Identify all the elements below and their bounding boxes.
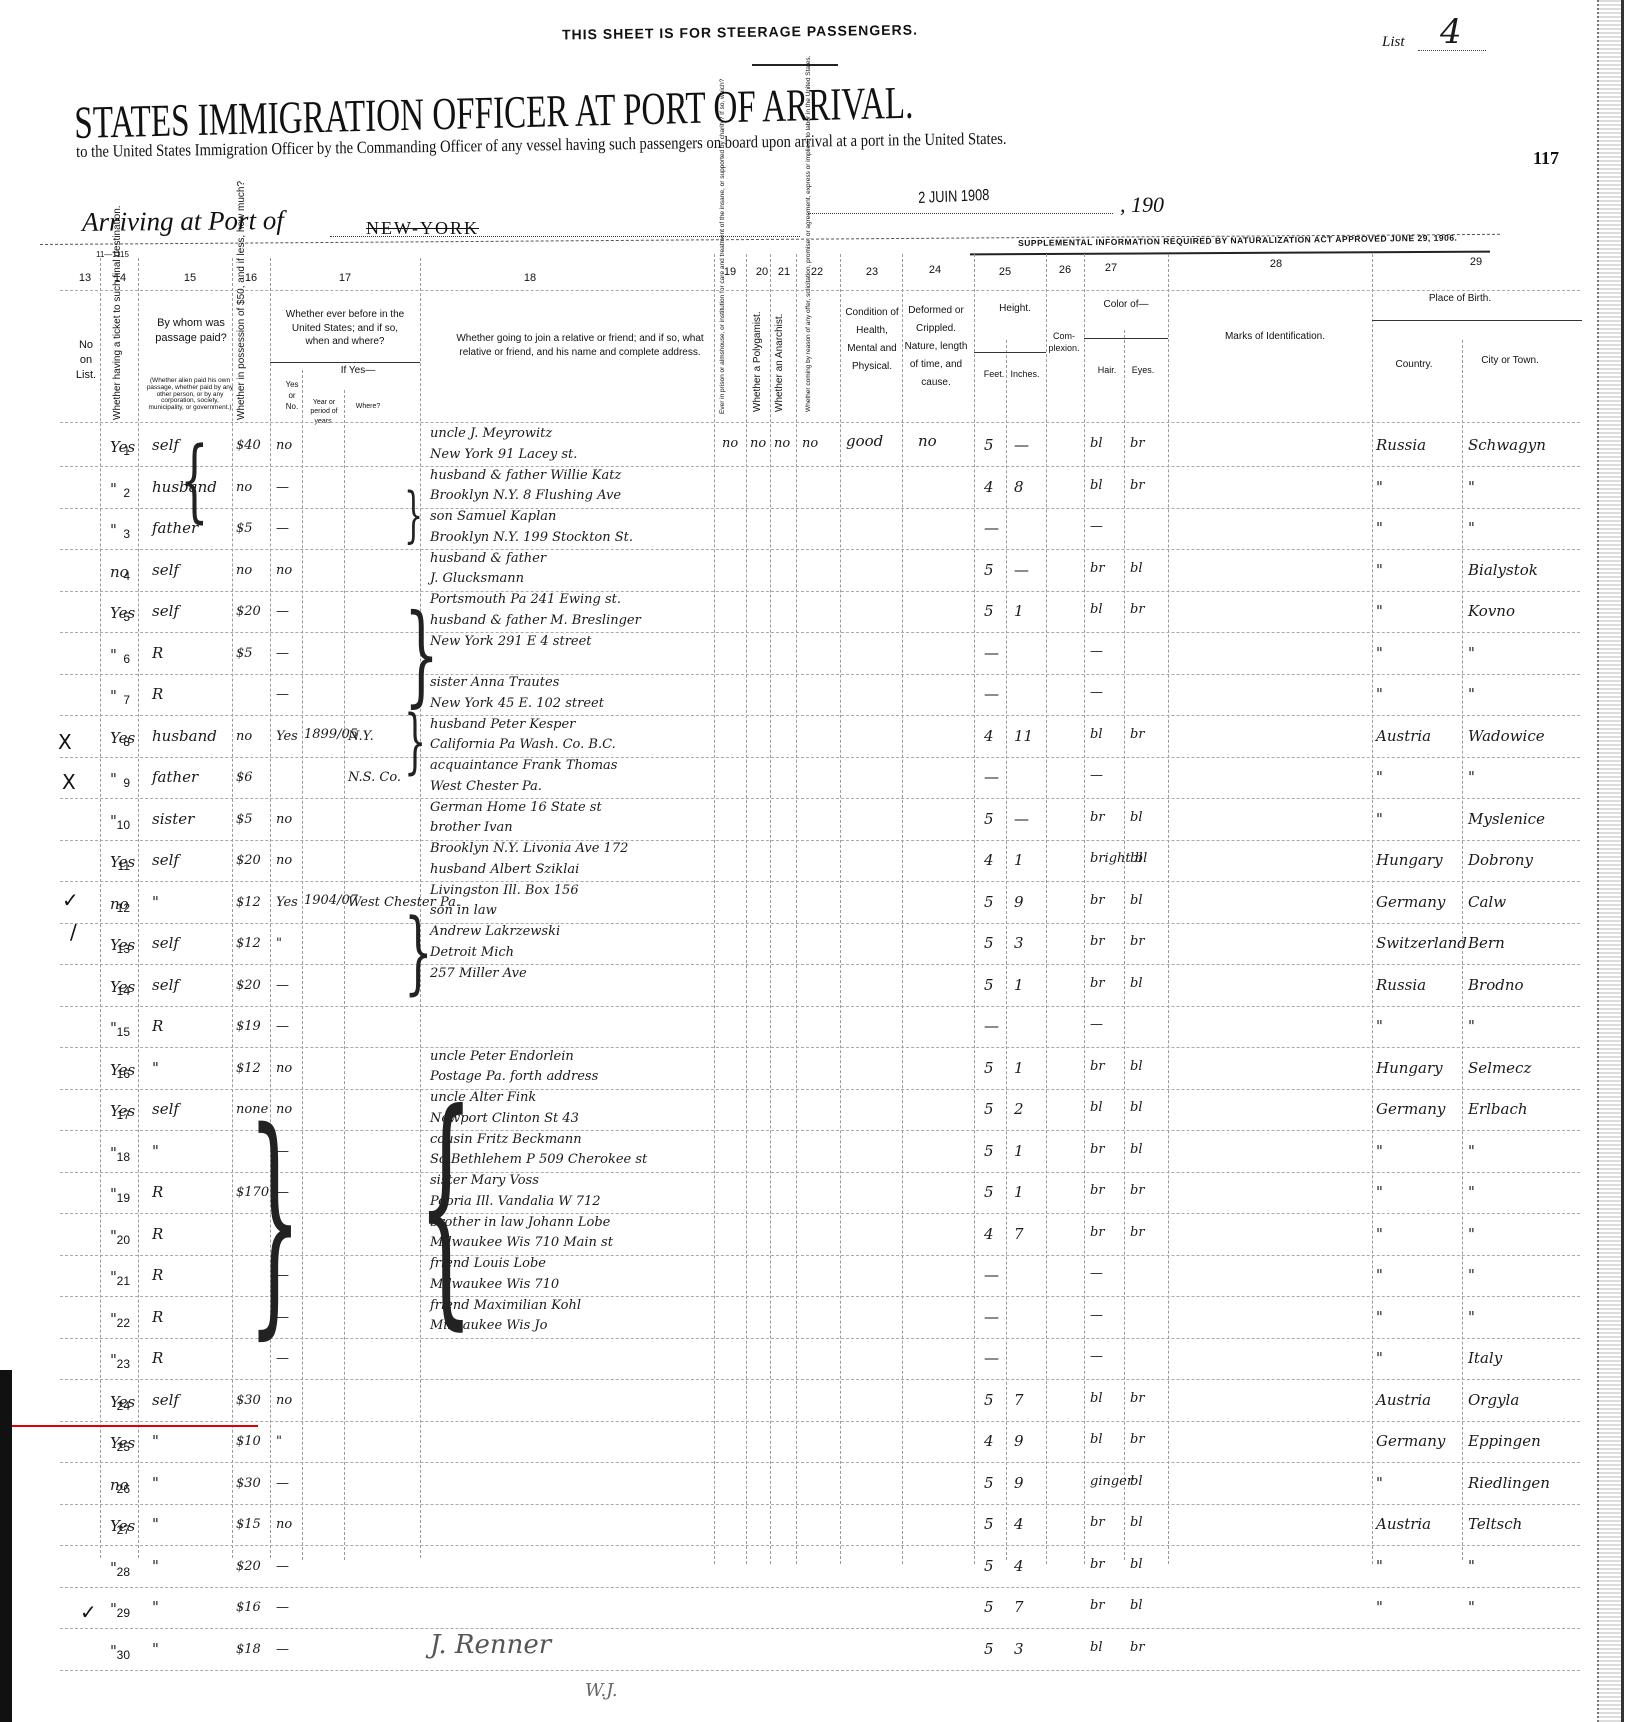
money-cell: no [236,729,252,744]
header-feet: Feet. [980,368,1008,380]
row-rule [60,715,1580,716]
money-cell: $30 [236,1476,261,1491]
country-cell: " [1376,478,1383,496]
before-cell: — [276,480,289,495]
margin-mark: / [70,920,77,944]
hair-cell: — [1090,519,1103,534]
before-cell: no [276,438,292,453]
relative-address-line: Brooklyn N.Y. 199 Stockton St. [430,530,633,545]
feet-cell: — [984,1349,999,1367]
city-cell: Schwagyn [1468,436,1546,454]
header-birthplace: Place of Birth. [1400,292,1520,306]
hair-cell: bl [1090,436,1102,451]
hair-cell: br [1090,1515,1105,1530]
before-cell: — [276,1600,289,1615]
before-cell: — [276,604,289,619]
grid-line [1124,330,1125,1560]
ticket-cell: " [110,646,117,664]
feet-cell: — [984,519,999,537]
city-cell: " [1468,1598,1475,1616]
eyes-cell: bl [1130,1474,1142,1489]
colnum-27: 27 [1096,262,1126,274]
group-brace: } [404,900,433,1005]
colnum-17: 17 [300,272,390,284]
hair-cell: br [1090,934,1105,949]
country-cell: " [1376,1266,1383,1284]
relative-address-line: husband Albert Sziklai [430,862,579,877]
row-rule [60,674,1580,675]
hair-cell: bl [1090,1432,1102,1447]
row-rule [60,1545,1580,1546]
hair-cell: bl [1090,1100,1102,1115]
eyes-cell: br [1130,1640,1145,1655]
money-cell: $20 [236,604,261,619]
header-no-on-list: No on List. [72,338,100,383]
hair-cell: bl [1090,727,1102,742]
relative-address-line: husband Peter Kesper [430,717,575,732]
relative-address-line: son Samuel Kaplan [430,509,556,524]
feet-cell: 5 [984,1515,994,1533]
relative-address-line: Brooklyn N.Y. 8 Flushing Ave [430,488,621,503]
paid-by-cell: R [152,1266,163,1284]
before-cell: no [276,812,292,827]
city-cell: Selmecz [1468,1059,1531,1077]
before-cell: — [276,1476,289,1491]
row-rule [60,508,1580,509]
colnum-21: 21 [774,266,794,278]
eyes-cell: bl [1130,810,1142,825]
country-cell: " [1376,1349,1383,1367]
money-cell: no [236,563,252,578]
header-health: Condition of Health, Mental and Physical… [844,304,900,376]
year-prefix: , 190 [1120,192,1164,218]
feet-cell: 4 [984,478,994,496]
paid-by-cell: R [152,1349,163,1367]
ticket-cell: " [110,1268,117,1286]
city-cell: Bern [1468,934,1505,952]
hair-cell: — [1090,768,1103,783]
feet-cell: 5 [984,436,994,454]
where-cell: N.Y. [348,729,374,744]
country-cell: Germany [1376,1432,1445,1450]
relative-address-line: Livingston Ill. Box 156 [430,883,579,898]
colnum-20: 20 [752,266,772,278]
grid-line [714,254,715,1564]
eyes-cell: bl [1130,1142,1142,1157]
country-cell: Switzerland [1376,934,1467,952]
city-cell: Bialystok [1468,561,1538,579]
eyes-cell: bl [1130,1059,1142,1074]
city-cell: Brodno [1468,976,1524,994]
eyes-cell: bl [1130,851,1142,866]
before-cell: — [276,1642,289,1657]
inches-cell: — [1014,810,1029,828]
relative-address-line: son in law [430,903,497,918]
grid-line [770,254,771,1564]
header-inches: Inches. [1008,368,1042,380]
relative-address-line: West Chester Pa. [430,779,542,794]
row-rule [60,1006,1580,1007]
country-cell: " [1376,519,1383,537]
before-cell: — [276,978,289,993]
city-cell: " [1468,768,1475,786]
eyes-cell: bl [1130,561,1142,576]
paid-by-cell: R [152,685,163,703]
header-ticket: Whether having a ticket to such final de… [112,270,123,420]
ticket-cell: " [110,1227,117,1245]
relative-address-line: German Home 16 State st [430,800,602,815]
feet-cell: — [984,685,999,703]
before-cell: no [276,1517,292,1532]
header-polygamist: Whether a Polygamist. [752,292,763,412]
relative-address-line: 257 Miller Ave [430,966,527,981]
header-height: Height. [990,302,1040,316]
inches-cell: 9 [1014,1432,1024,1450]
paid-by-cell: R [152,1225,163,1243]
row-rule [60,923,1580,924]
country-cell: " [1376,1474,1383,1492]
header-yes-no: Yes or No. [282,380,302,412]
country-cell: Russia [1376,436,1426,454]
paid-by-cell: self [152,1391,179,1409]
row-rule [60,1628,1580,1629]
eyes-cell: br [1130,1183,1145,1198]
page-edge [1597,0,1624,1722]
flag-health: good [846,432,883,450]
header-marks: Marks of Identification. [1200,330,1350,344]
hair-cell: bl [1090,1640,1102,1655]
feet-cell: — [984,1017,999,1035]
relative-address-line: sister Anna Trautes [430,675,559,690]
header-if-yes: If Yes— [318,364,398,378]
group-brace: } [404,590,439,718]
feet-cell: 5 [984,1391,994,1409]
before-cell: Yes [276,895,298,910]
money-cell: $18 [236,1642,261,1657]
hair-cell: br [1090,561,1105,576]
grid-line [344,390,345,1560]
row-rule [60,549,1580,550]
relative-address-line: brother Ivan [430,820,513,835]
inches-cell: 1 [1014,976,1024,994]
row-rule [60,1587,1580,1588]
paid-by-cell: self [152,561,179,579]
paid-by-cell: " [152,1557,159,1575]
country-cell: " [1376,1017,1383,1035]
row-rule [60,881,1580,882]
city-cell: " [1468,478,1475,496]
relative-address-line: New York 91 Lacey st. [430,447,577,462]
hair-cell: br [1090,976,1105,991]
divider [752,64,838,66]
inches-cell: 4 [1014,1515,1024,1533]
ticket-cell: " [110,1351,117,1369]
margin-mark: ✓ [80,1600,97,1624]
ticket-cell: " [110,1144,117,1162]
money-cell: $19 [236,1019,261,1034]
grid-line [746,254,747,1564]
grid-line [902,254,903,1564]
row-rule [60,632,1580,633]
country-cell: Russia [1376,976,1426,994]
hair-cell: br [1090,1598,1105,1613]
ticket-cell: " [110,521,117,539]
inches-cell: 11 [1014,727,1033,745]
before-cell: no [276,1393,292,1408]
city-cell: " [1468,1225,1475,1243]
inches-cell: 1 [1014,1183,1024,1201]
header-anarchist: Whether an Anarchist. [774,292,785,412]
flag-labor: no [802,436,818,451]
hair-cell: br [1090,1183,1105,1198]
inches-cell: 9 [1014,893,1024,911]
city-cell: Dobrony [1468,851,1533,869]
eyes-cell: bl [1130,1557,1142,1572]
group-brace: { [418,1060,474,1351]
grid-line [270,258,271,1558]
eyes-cell: bl [1130,893,1142,908]
paid-by-cell: self [152,602,179,620]
city-cell: " [1468,1183,1475,1201]
eyes-cell: br [1130,478,1145,493]
header-where: Where? [348,402,388,411]
colnum-26: 26 [1050,264,1080,276]
feet-cell: 5 [984,1557,994,1575]
inches-cell: 2 [1014,1100,1024,1118]
header-city: City or Town. [1470,354,1550,368]
flag-anarchist: no [774,436,790,451]
row-rule [60,1379,1580,1380]
row-rule [60,798,1580,799]
hair-cell: — [1090,1017,1103,1032]
ticket-cell: Yes [110,1102,135,1120]
header-eyes: Eyes. [1128,364,1158,376]
before-cell: — [276,687,289,702]
page-edge [0,1370,12,1722]
inches-cell: 8 [1014,478,1024,496]
ticket-cell: Yes [110,1393,135,1411]
relative-address-line: husband & father Willie Katz [430,468,621,483]
before-cell: no [276,853,292,868]
money-cell: no [236,480,252,495]
inches-cell: 1 [1014,1142,1024,1160]
flag-polygamist: no [750,436,766,451]
money-cell: $12 [236,936,261,951]
ticket-cell: Yes [110,1434,135,1452]
city-cell: " [1468,1017,1475,1035]
header-relative: Whether going to join a relative or frie… [450,332,710,359]
before-cell: " [276,936,282,951]
hair-cell: — [1090,1266,1103,1281]
relative-address-line: New York 45 E. 102 street [430,696,604,711]
paid-by-cell: " [152,893,159,911]
paid-by-cell: self [152,436,179,454]
row-rule [60,1462,1580,1463]
country-cell: Austria [1376,1391,1431,1409]
relative-address-line: J. Glucksmann [430,571,524,586]
header-money: Whether in possession of $50, and if les… [236,270,247,420]
ticket-cell: no [110,563,129,581]
list-number: 4 [1440,12,1462,52]
money-cell: $20 [236,853,261,868]
eyes-cell: br [1130,1391,1145,1406]
city-cell: Italy [1468,1349,1502,1367]
country-cell: " [1376,644,1383,662]
feet-cell: 4 [984,1432,994,1450]
header-hair: Hair. [1092,364,1122,376]
feet-cell: 4 [984,1225,994,1243]
row-rule [60,1670,1580,1671]
ticket-cell: Yes [110,1061,135,1079]
money-cell: $12 [236,1061,261,1076]
city-cell: Teltsch [1468,1515,1522,1533]
grid-line [974,254,975,1564]
header-paid-by-note: (Whether alien paid his own passage, whe… [146,378,234,412]
port-value: NEW-YORK [366,218,479,239]
eyes-cell: bl [1130,1598,1142,1613]
grid-line [60,290,1580,291]
inches-cell: 1 [1014,1059,1024,1077]
hair-cell: br [1090,1142,1105,1157]
eyes-cell: br [1130,727,1145,742]
ticket-cell: " [110,812,117,830]
paid-by-cell: R [152,644,163,662]
grid-line [1084,254,1085,1564]
hair-cell: br [1090,1225,1105,1240]
feet-cell: 5 [984,1640,994,1658]
money-cell: $5 [236,646,253,661]
margin-mark: ✓ [62,888,79,912]
list-label: List [1382,34,1405,51]
ticket-cell: " [110,1559,117,1577]
city-cell: Myslenice [1468,810,1545,828]
ticket-cell: " [110,1019,117,1037]
paid-by-cell: " [152,1059,159,1077]
money-cell: $20 [236,1559,261,1574]
country-cell: " [1376,1183,1383,1201]
feet-cell: 5 [984,810,994,828]
country-cell: Hungary [1376,851,1443,869]
supplemental-rule [970,251,1490,256]
paid-by-cell: sister [152,810,194,828]
ticket-cell: " [110,770,117,788]
feet-cell: — [984,1266,999,1284]
before-cell: no [276,1061,292,1076]
colnum-25: 25 [990,266,1020,278]
ticket-cell: Yes [110,853,135,871]
hair-cell: bl [1090,1391,1102,1406]
inches-cell: 1 [1014,851,1024,869]
feet-cell: 5 [984,1598,994,1616]
ticket-cell: " [110,1185,117,1203]
flag-deformed: no [918,432,937,450]
date-line [808,213,1113,214]
feet-cell: — [984,768,999,786]
country-cell: Austria [1376,727,1431,745]
hair-cell: br [1090,1557,1105,1572]
ticket-cell: " [110,687,117,705]
inches-cell: 1 [1014,602,1024,620]
inches-cell: 7 [1014,1598,1024,1616]
header-complexion: Com-plexion. [1046,330,1082,354]
country-cell: " [1376,810,1383,828]
city-cell: " [1468,519,1475,537]
feet-cell: — [984,644,999,662]
feet-cell: 5 [984,934,994,952]
paid-by-cell: self [152,976,179,994]
row-rule [60,1504,1580,1505]
relative-address-line: Andrew Lakrzewski [430,924,560,939]
country-cell: Hungary [1376,1059,1443,1077]
city-cell: Wadowice [1468,727,1545,745]
relative-address-line: Portsmouth Pa 241 Ewing st. [430,592,621,607]
grid-line [974,352,1046,353]
header-deformed: Deformed or Crippled. Nature, length of … [904,302,968,392]
paid-by-cell: " [152,1474,159,1492]
city-cell: " [1468,685,1475,703]
colnum-18: 18 [480,272,580,284]
city-cell: Erlbach [1468,1100,1528,1118]
ticket-cell: Yes [110,1517,135,1535]
ticket-cell: Yes [110,604,135,622]
paid-by-cell: R [152,1183,163,1201]
grid-line [1006,340,1007,1560]
money-cell: $40 [236,438,261,453]
city-cell: Orgyla [1468,1391,1519,1409]
colnum-24: 24 [910,264,960,276]
city-cell: Riedlingen [1468,1474,1550,1492]
country-cell: " [1376,1142,1383,1160]
before-cell: Yes [276,729,298,744]
header-labor-offer: Whether coming by reason of any offer, s… [806,292,813,412]
inches-cell: — [1014,436,1029,454]
grid-line [796,254,797,1564]
ticket-cell: no [110,1476,129,1494]
country-cell: " [1376,1557,1383,1575]
before-cell: — [276,521,289,536]
money-cell: $15 [236,1517,261,1532]
relative-address-line: Brooklyn N.Y. Livonia Ave 172 [430,841,628,856]
paid-by-cell: self [152,934,179,952]
feet-cell: 5 [984,1142,994,1160]
relative-address-line: California Pa Wash. Co. B.C. [430,737,616,752]
flag-prison: no [722,436,738,451]
city-cell: " [1468,1308,1475,1326]
country-cell: " [1376,768,1383,786]
feet-cell: 5 [984,893,994,911]
feet-cell: 5 [984,1474,994,1492]
supplemental-note: SUPPLEMENTAL INFORMATION REQUIRED BY NAT… [1018,233,1457,248]
grid-line [270,362,420,363]
row-rule [60,964,1580,965]
money-cell: $20 [236,978,261,993]
grid-line [60,422,1580,423]
money-cell: $12 [236,895,261,910]
paid-by-cell: R [152,1308,163,1326]
city-cell: " [1468,644,1475,662]
paid-by-cell: " [152,1515,159,1533]
ticket-cell: Yes [110,978,135,996]
money-cell: $30 [236,1393,261,1408]
grid-line [1372,254,1373,1564]
hair-cell: ginger [1090,1474,1133,1489]
country-cell: " [1376,1598,1383,1616]
inches-cell: 9 [1014,1474,1024,1492]
ticket-cell: Yes [110,438,135,456]
paid-by-cell: " [152,1598,159,1616]
colnum-28: 28 [1256,258,1296,270]
inches-cell: 4 [1014,1557,1024,1575]
